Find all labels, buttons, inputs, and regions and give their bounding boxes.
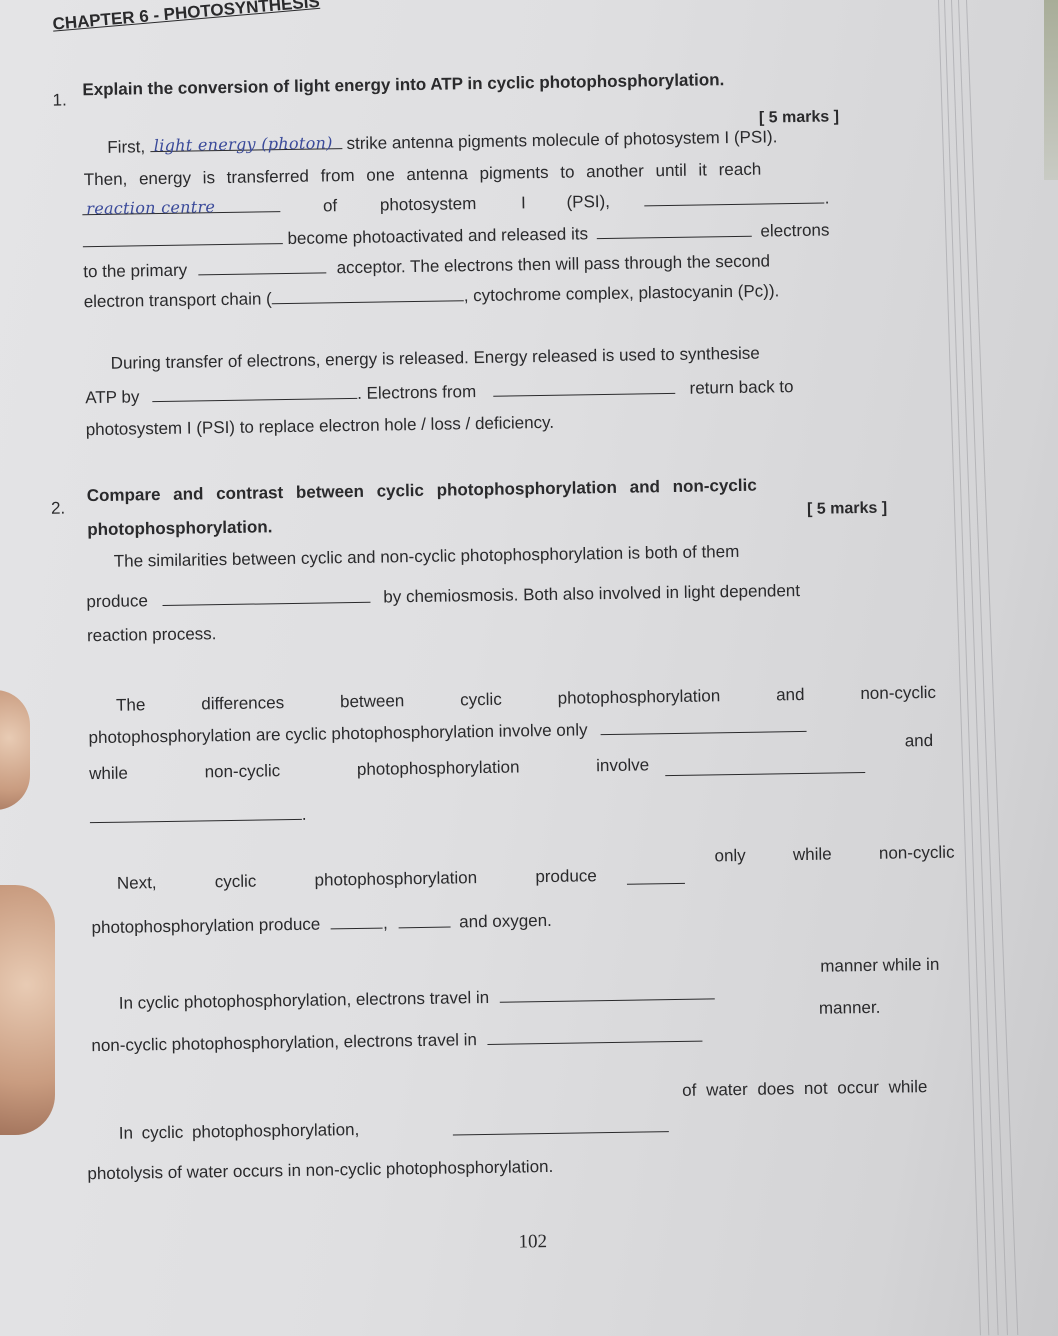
q2-water-line-1-tail: of water does not occur while <box>682 1077 927 1101</box>
question-2-number: 2. <box>51 499 65 519</box>
q1-l1-text: First, <box>107 137 145 157</box>
answer-blank-17[interactable] <box>500 984 715 1007</box>
word: while <box>89 764 128 785</box>
answer-blank-12[interactable] <box>665 760 865 781</box>
q1-line-4: become photoactivated and released its e… <box>83 220 830 252</box>
q1-l6-text: electron transport chain ( <box>84 289 272 311</box>
q1-line-5: to the primary acceptor. The electrons t… <box>83 251 770 282</box>
answer-blank-19[interactable] <box>453 1119 669 1140</box>
word: between <box>340 691 405 712</box>
q1-para2-line-1: During transfer of electrons, energy is … <box>111 344 760 374</box>
comma: , <box>383 914 388 933</box>
q1-l4-text: become photoactivated and released its <box>287 224 588 248</box>
q2-next-line-1-tail: only while non-cyclic <box>714 843 954 867</box>
answer-blank-7[interactable] <box>272 286 464 309</box>
q2-next-line-2: photophosphorylation produce , and oxyge… <box>91 911 552 938</box>
answer-blank-4[interactable] <box>83 229 283 252</box>
answer-blank-10[interactable] <box>162 588 370 611</box>
q1-l3-photosystem: photosystem <box>380 194 477 215</box>
answer-blank-13[interactable] <box>90 805 302 828</box>
answer-blank-11[interactable] <box>600 717 806 740</box>
word: and <box>776 685 805 705</box>
word: produce <box>535 866 597 887</box>
word: photophosphorylation <box>357 757 520 780</box>
answer-blank-5[interactable] <box>597 222 752 244</box>
q2-next-line-1: Next, cyclic photophosphorylation produc… <box>117 866 597 894</box>
worksheet-page: ESSAY DRILL CHAPTER 6 - PHOTOSYNTHESIS 1… <box>0 0 1010 1336</box>
answer-blank-3[interactable] <box>645 189 825 212</box>
answer-blank-18[interactable] <box>488 1027 703 1050</box>
q1-l1-text-2: strike antenna pigments molecule of phot… <box>346 127 777 153</box>
q2-c2-text: non-cyclic photophosphorylation, electro… <box>91 1030 477 1055</box>
q2-travel-line-1-tail: manner while in <box>820 955 939 977</box>
word: non-cyclic <box>860 683 936 704</box>
q1-l5-text: to the primary <box>83 261 187 282</box>
answer-blank-15[interactable] <box>331 914 383 935</box>
q1-l5-text-2: acceptor. The electrons then will pass t… <box>336 251 770 277</box>
q2-produce: produce <box>86 591 148 611</box>
q1-p2-electrons-from: . Electrons from <box>357 382 476 403</box>
q2-diff-line-4: . <box>90 805 307 828</box>
answer-blank-2[interactable]: reaction centre <box>82 197 280 220</box>
q2-chemiosmosis-text: by chemiosmosis. Both also involved in l… <box>383 581 800 607</box>
question-2-title-line-1: Compare and contrast between cyclic phot… <box>87 476 757 507</box>
answer-blank-16[interactable] <box>398 913 450 934</box>
q1-line-1: First, light energy (photon) strike ante… <box>107 127 777 158</box>
q1-line-2: Then, energy is transferred from one ant… <box>84 160 762 191</box>
word: photophosphorylation <box>558 686 721 709</box>
q1-p2-return-back: return back to <box>689 377 793 398</box>
q2-sim-line-3: reaction process. <box>87 624 217 646</box>
word: while <box>793 845 832 866</box>
handwritten-answer: light energy (photon) <box>154 133 333 155</box>
answer-blank-8[interactable] <box>152 384 357 407</box>
q2-n2-text-2: and oxygen. <box>459 911 552 931</box>
q2-diff-text: photophosphorylation are cyclic photopho… <box>88 720 587 747</box>
word: non-cyclic <box>204 761 280 782</box>
page-number: 102 <box>518 1231 547 1253</box>
q2-n2-text: photophosphorylation produce <box>91 915 320 938</box>
word: cyclic <box>460 690 502 711</box>
chapter-title: CHAPTER 6 - PHOTOSYNTHESIS <box>52 0 321 35</box>
table-surface <box>1044 0 1058 180</box>
q2-travel-line-2-tail: manner. <box>819 998 881 1019</box>
q2-sim-line-1: The similarities between cyclic and non-… <box>114 542 740 572</box>
q2-travel-line-2: non-cyclic photophosphorylation, electro… <box>91 1027 703 1057</box>
q1-line-3: reaction centre of photosystem I (PSI), … <box>82 188 829 220</box>
q1-l3-of: of <box>323 196 337 215</box>
q2-diff-line-1: The differences between cyclic photophos… <box>116 683 936 716</box>
q1-l3-i: I <box>521 193 526 212</box>
answer-blank-9[interactable] <box>493 379 675 402</box>
word: differences <box>201 693 284 714</box>
question-1-number: 1. <box>52 90 66 110</box>
word: Next, <box>117 873 157 894</box>
q1-l3-psi: (PSI), <box>566 192 610 212</box>
word: only <box>714 846 745 866</box>
q1-l6-text-2: , cytochrome complex, plastocyanin (Pc))… <box>464 281 780 305</box>
answer-blank-6[interactable] <box>198 258 326 280</box>
q1-line-6: electron transport chain (, cytochrome c… <box>84 281 780 312</box>
word: The <box>116 695 146 715</box>
question-1-title: Explain the conversion of light energy i… <box>82 70 724 100</box>
question-2-marks: [ 5 marks ] <box>807 500 887 519</box>
q2-diff-and: and <box>905 731 934 751</box>
word: non-cyclic <box>879 843 955 864</box>
q2-sim-line-2: produce by chemiosmosis. Both also invol… <box>86 581 800 612</box>
q1-p2-atp-by: ATP by <box>85 387 139 407</box>
q1-l3-dot: . <box>824 188 829 207</box>
q2-water-line-1: In cyclic photophosphorylation, <box>119 1120 360 1144</box>
period: . <box>302 805 307 824</box>
q1-para2-line-2: ATP by . Electrons from return back to <box>85 377 794 408</box>
q1-l4-text-2: electrons <box>760 220 829 240</box>
q2-water-line-2: photolysis of water occurs in non-cyclic… <box>87 1157 553 1184</box>
answer-blank-1[interactable]: light energy (photon) <box>150 134 342 157</box>
q2-travel-line-1: In cyclic photophosphorylation, electron… <box>119 984 715 1013</box>
q2-w1-text: In cyclic photophosphorylation, <box>119 1120 360 1143</box>
q2-c1-text: In cyclic photophosphorylation, electron… <box>119 988 490 1013</box>
q1-para2-line-3: photosystem I (PSI) to replace electron … <box>86 413 555 440</box>
word: involve <box>596 755 649 776</box>
question-2-title-line-2: photophosphorylation. <box>87 517 272 540</box>
question-1-marks: [ 5 marks ] <box>759 108 839 127</box>
word: cyclic <box>215 872 257 893</box>
handwritten-answer: reaction centre <box>86 197 215 218</box>
word: photophosphorylation <box>314 868 477 891</box>
q2-diff-line-2: photophosphorylation are cyclic photopho… <box>88 717 806 748</box>
answer-blank-14[interactable] <box>627 871 685 890</box>
q2-diff-line-3: while non-cyclic photophosphorylation in… <box>89 755 649 784</box>
